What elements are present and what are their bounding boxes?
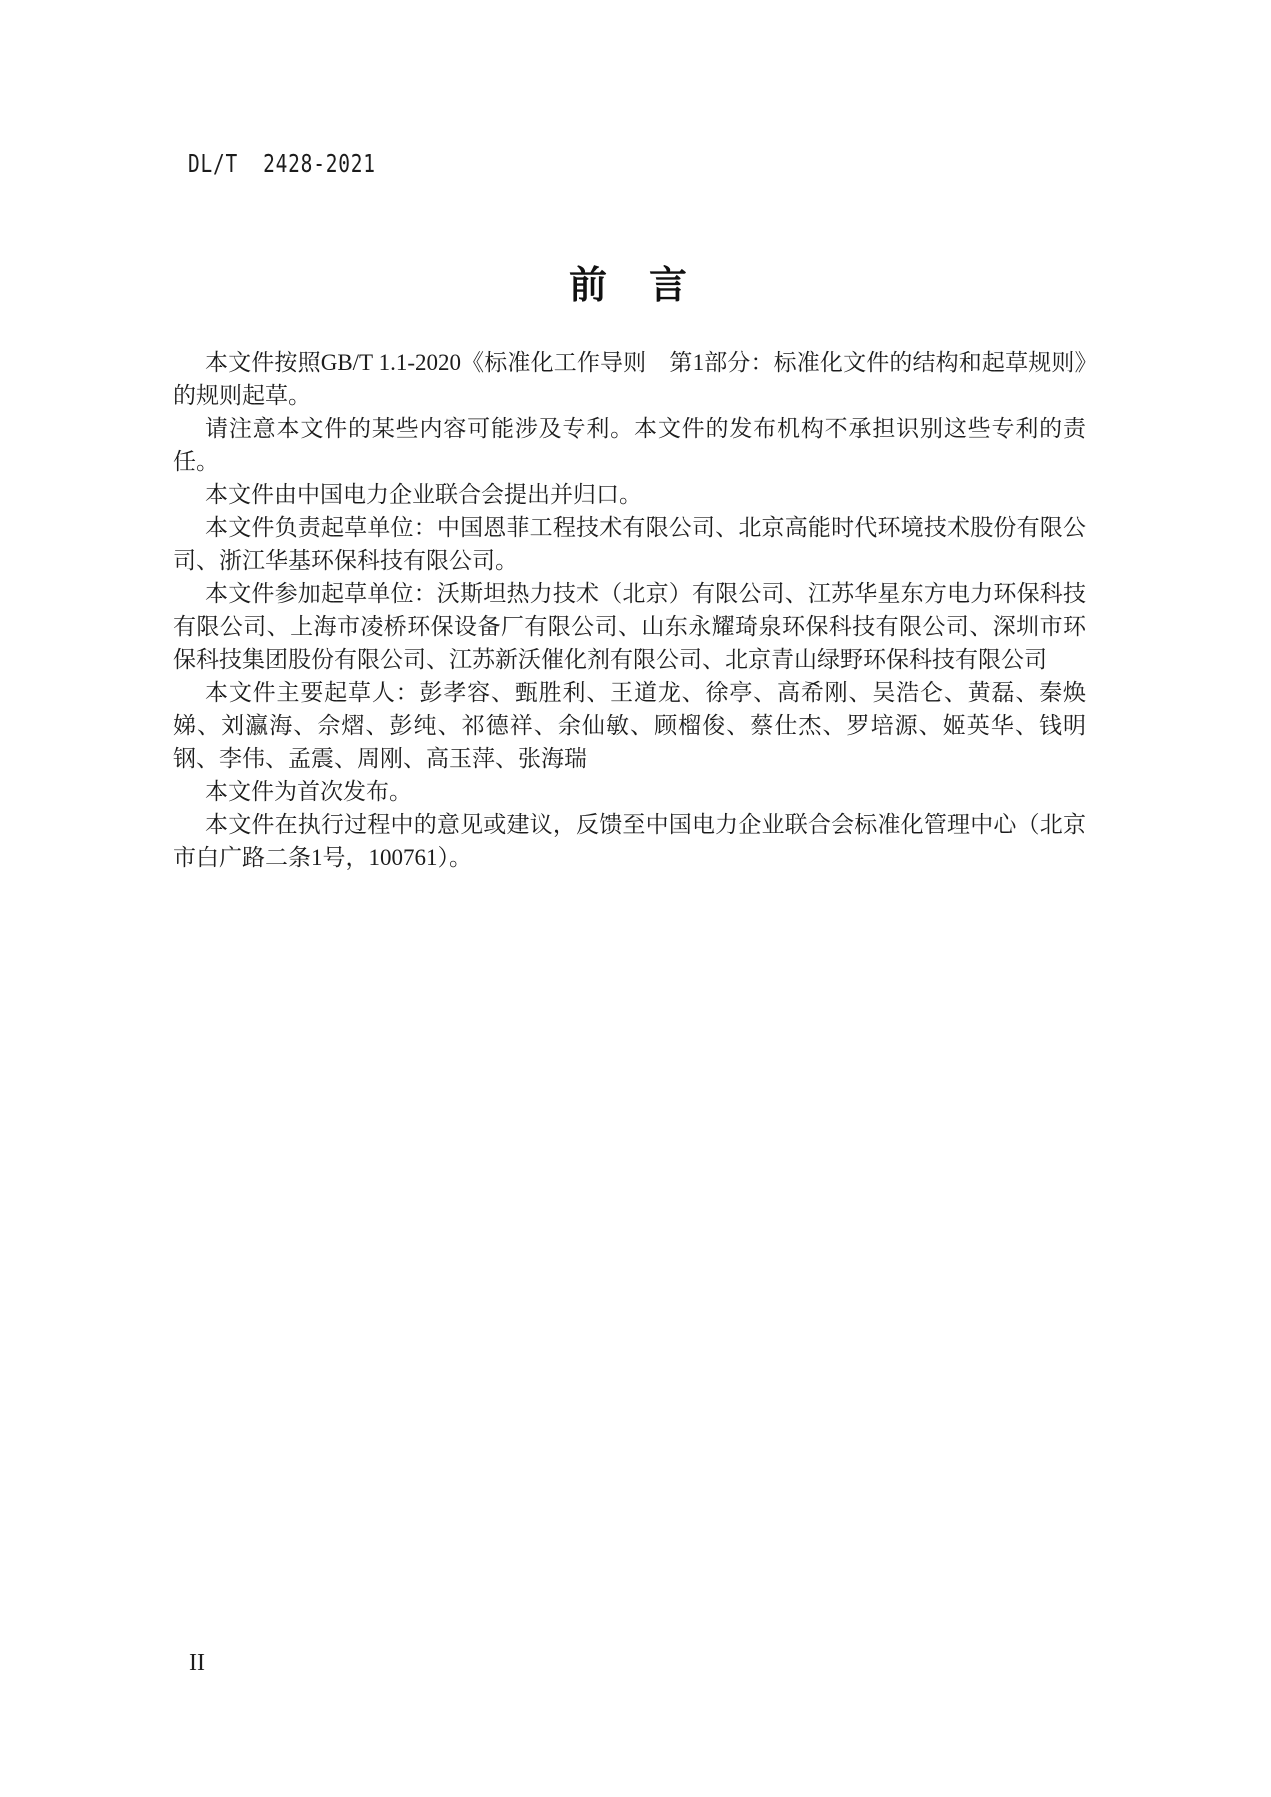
foreword-body: 本文件按照GB/T 1.1-2020《标准化工作导则 第1部分：标准化文件的结构…: [173, 346, 1086, 874]
foreword-paragraph: 本文件按照GB/T 1.1-2020《标准化工作导则 第1部分：标准化文件的结构…: [173, 346, 1086, 412]
foreword-paragraph: 请注意本文件的某些内容可能涉及专利。本文件的发布机构不承担识别这些专利的责任。: [173, 412, 1086, 478]
foreword-paragraph: 本文件负责起草单位：中国恩菲工程技术有限公司、北京高能时代环境技术股份有限公司、…: [173, 511, 1086, 577]
foreword-paragraph: 本文件由中国电力企业联合会提出并归口。: [173, 478, 1086, 511]
foreword-paragraph: 本文件主要起草人：彭孝容、甄胜利、王道龙、徐亭、高希刚、吴浩仑、黄磊、秦焕娣、刘…: [173, 676, 1086, 775]
foreword-paragraph: 本文件在执行过程中的意见或建议，反馈至中国电力企业联合会标准化管理中心（北京市白…: [173, 808, 1086, 874]
page-number: II: [189, 1650, 205, 1677]
standard-number: DL/T 2428-2021: [188, 149, 376, 178]
foreword-paragraph: 本文件为首次发布。: [173, 775, 1086, 808]
page-title: 前 言: [173, 254, 1085, 309]
foreword-paragraph: 本文件参加起草单位：沃斯坦热力技术（北京）有限公司、江苏华星东方电力环保科技有限…: [173, 577, 1086, 676]
